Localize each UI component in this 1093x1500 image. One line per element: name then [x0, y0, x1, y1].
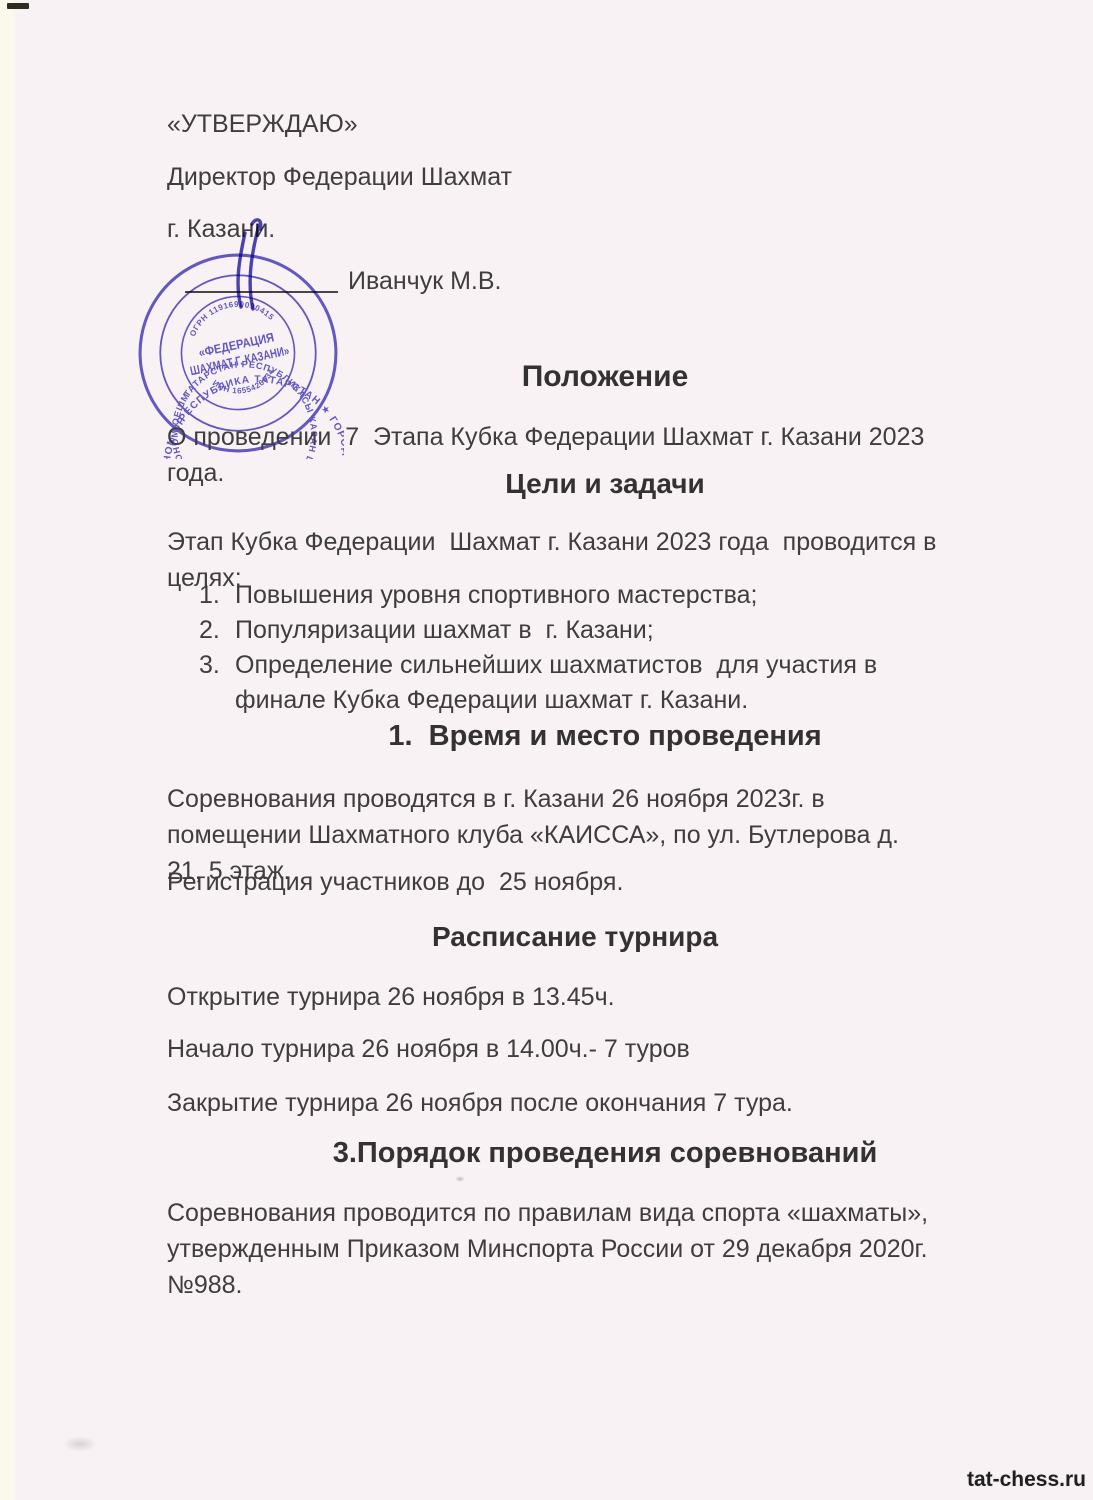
list-item: 2. Популяризации шахмат в г. Казани;	[199, 613, 974, 648]
venue-paragraph-2: Регистрация участников до 25 ноября.	[167, 864, 987, 900]
list-item-number: 2.	[199, 613, 235, 648]
scan-edge-strip	[0, 0, 14, 1500]
approve-label: «УТВЕРЖДАЮ»	[167, 106, 358, 142]
scanned-document-page: «УТВЕРЖДАЮ» Директор Федерации Шахмат г.…	[0, 0, 1093, 1500]
list-item: 3. Определение сильнейших шахматистов дл…	[199, 648, 974, 718]
schedule-paragraph-2: Начало турнира 26 ноября в 14.00ч.- 7 ту…	[167, 1031, 1027, 1067]
schedule-paragraph-1: Открытие турнира 26 ноября в 13.45ч.	[167, 979, 1027, 1015]
list-item-text: Повышения уровня спортивного мастерства;	[235, 578, 757, 613]
rules-heading: 3.Порядок проведения соревнований	[170, 1137, 1010, 1170]
schedule-heading: Расписание турнира	[170, 921, 980, 953]
goals-list: 1. Повышения уровня спортивного мастерст…	[199, 578, 974, 718]
signature-name: Иванчук М.В.	[348, 263, 501, 299]
goals-heading: Цели и задачи	[170, 468, 1010, 500]
director-title-line1: Директор Федерации Шахмат	[167, 159, 512, 195]
list-item: 1. Повышения уровня спортивного мастерст…	[199, 578, 974, 613]
rules-paragraph-1: Соревнования проводится по правилам вида…	[167, 1195, 957, 1303]
list-item-text: Определение сильнейших шахматистов для у…	[235, 648, 974, 718]
list-item-number: 1.	[199, 578, 235, 613]
scan-artifact-dash	[7, 3, 29, 9]
paper-speck	[455, 1176, 465, 1182]
site-watermark: tat-chess.ru	[967, 1468, 1086, 1492]
list-item-number: 3.	[199, 648, 235, 718]
document-title: Положение	[170, 360, 1010, 394]
schedule-paragraph-3: Закрытие турнира 26 ноября после окончан…	[167, 1085, 1027, 1121]
paper-smudge	[63, 1436, 97, 1452]
venue-heading: 1. Время и место проведения	[170, 720, 1010, 753]
signature-stroke	[252, 220, 261, 229]
list-item-text: Популяризации шахмат в г. Казани;	[235, 613, 654, 648]
